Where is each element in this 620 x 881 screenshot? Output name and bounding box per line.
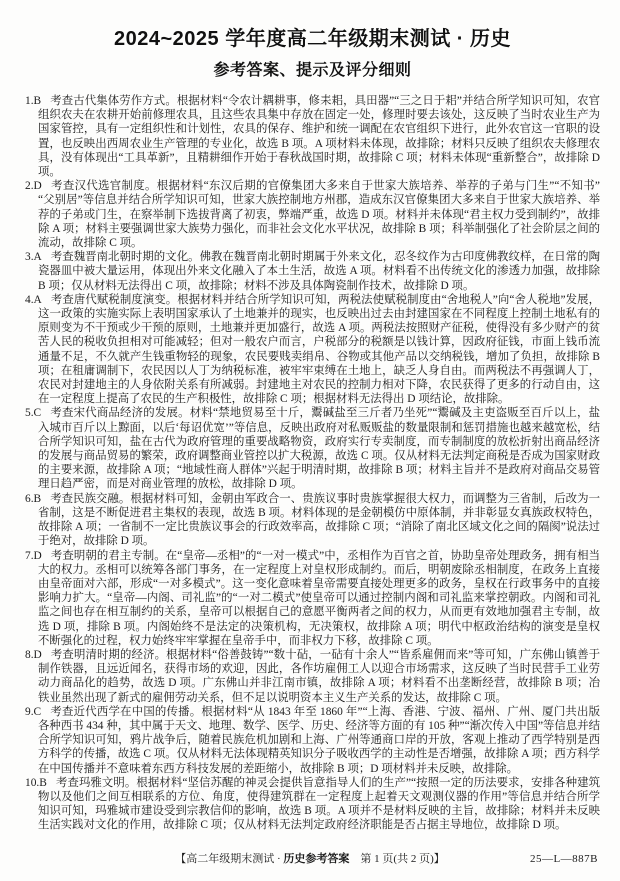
answer-item-2: 2.D考查汉代选官制度。根据材料“东汉后期的官僚集团大多来自于世家大族培养、举荐… (25, 179, 600, 250)
answer-text: 考查玛雅文明。根据材料“坚信苏醒的神灵会提供旨意指导人们的生产”“按照一定的历法… (38, 777, 600, 832)
page-footer: 【高二年级期末测试 · 历史参考答案 第 1 页(共 2 页)】 25—L—88… (0, 851, 620, 867)
answer-item-5: 5.C考查宋代商品经济的发展。材料“禁地贸易至十斤，鬻碱盐至三斤者乃坐死”“鬻碱… (25, 406, 600, 491)
answer-text: 考查古代集体劳作方式。根据材料“令农计耦耕事，修耒耜，具田器”“三之日于耜”并结… (38, 95, 600, 178)
answer-number: 7.D (25, 550, 42, 562)
answer-item-8: 8.D考查明清时期的经济。根据材料“俗善鼓铸”“数十砧，一砧有十余人”“皆系雇佣… (25, 648, 600, 705)
answer-text: 考查汉代选官制度。根据材料“东汉后期的官僚集团大多来自于世家大族培养、举荐的子弟… (38, 180, 600, 249)
footer-bold-title: 历史参考答案 (283, 853, 349, 865)
paper-code: 25—L—887B (530, 851, 598, 867)
answer-item-7: 7.D考查明朝的君主专制。在“皇帝—丞相”的“一对一模式”中，丞相作为百官之首，… (25, 549, 600, 648)
answer-text: 考查民族交融。根据材料可知，金朝由军政合一、贵族议事时贵族掌握很大权力，而调整为… (38, 493, 600, 548)
answer-number: 10.B (25, 777, 47, 789)
answer-number: 3.A (25, 251, 42, 263)
answer-item-9: 9.C考查近代西学在中国的传播。根据材料“从 1843 年至 1860 年”“上… (25, 705, 600, 776)
answer-number: 2.D (25, 180, 42, 192)
answer-item-4: 4.A考查唐代赋税制度演变。根据材料并结合所学知识可知，两税法使赋税制度由“舍地… (25, 293, 600, 407)
page-subtitle: 参考答案、提示及评分细则 (25, 57, 600, 80)
answer-item-1: 1.B考查古代集体劳作方式。根据材料“令农计耦耕事，修耒耜，具田器”“三之日于耜… (25, 94, 600, 179)
answer-text: 考查魏晋南北朝时期的文化。佛教在魏晋南北朝时期属于外来文化，忍冬纹作为古印度佛教… (38, 251, 600, 291)
answer-number: 8.D (25, 649, 42, 661)
answer-sheet-page: 2024~2025 学年度高二年级期末测试 · 历史 参考答案、提示及评分细则 … (0, 0, 620, 881)
answer-text: 考查近代西学在中国的传播。根据材料“从 1843 年至 1860 年”“上海、香… (38, 706, 600, 775)
footer-prefix: 【高二年级期末测试 · (175, 853, 283, 865)
answer-number: 5.C (25, 407, 41, 419)
footer-caption: 【高二年级期末测试 · 历史参考答案 第 1 页(共 2 页)】 (0, 851, 620, 867)
answer-text: 考查唐代赋税制度演变。根据材料并结合所学知识可知，两税法使赋税制度由“舍地税人”… (38, 294, 600, 405)
answer-number: 1.B (25, 95, 41, 107)
answer-text: 考查明清时期的经济。根据材料“俗善鼓铸”“数十砧，一砧有十余人”“皆系雇佣而来”… (38, 649, 600, 704)
page-title: 2024~2025 学年度高二年级期末测试 · 历史 (25, 22, 600, 51)
answer-number: 6.B (25, 493, 41, 505)
answer-text: 考查明朝的君主专制。在“皇帝—丞相”的“一对一模式”中，丞相作为百官之首，协助皇… (38, 550, 600, 647)
footer-page-info: 第 1 页(共 2 页)】 (349, 853, 444, 865)
answer-text: 考查宋代商品经济的发展。材料“禁地贸易至十斤，鬻碱盐至三斤者乃坐死”“鬻碱及主吏… (38, 407, 600, 490)
answer-item-10: 10.B考查玛雅文明。根据材料“坚信苏醒的神灵会提供旨意指导人们的生产”“按照一… (25, 776, 600, 833)
answer-number: 4.A (25, 294, 42, 306)
answer-item-6: 6.B考查民族交融。根据材料可知，金朝由军政合一、贵族议事时贵族掌握很大权力，而… (25, 492, 600, 549)
answer-list: 1.B考查古代集体劳作方式。根据材料“令农计耦耕事，修耒耜，具田器”“三之日于耜… (25, 94, 600, 833)
answer-item-3: 3.A考查魏晋南北朝时期的文化。佛教在魏晋南北朝时期属于外来文化，忍冬纹作为古印… (25, 250, 600, 293)
answer-number: 9.C (25, 706, 41, 718)
